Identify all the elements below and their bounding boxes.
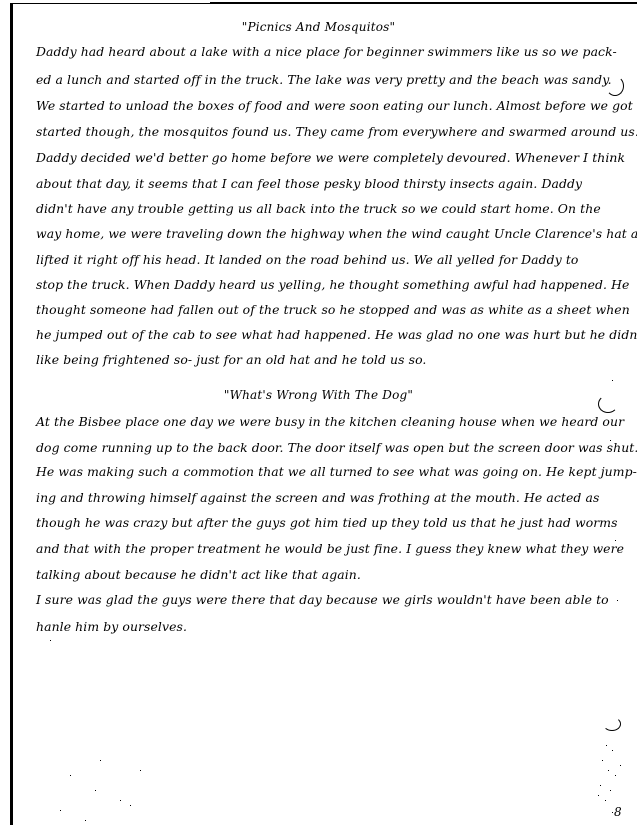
scan-speck bbox=[620, 765, 621, 766]
scan-mark bbox=[603, 717, 621, 731]
scan-speck bbox=[612, 812, 613, 813]
text-line: started though, the mosquitos found us. … bbox=[36, 124, 637, 139]
scan-speck bbox=[95, 790, 96, 791]
scan-speck bbox=[140, 770, 141, 771]
text-line: and that with the proper treatment he wo… bbox=[36, 541, 624, 556]
text-line: ed a lunch and started off in the truck.… bbox=[36, 72, 612, 87]
scan-speck bbox=[608, 770, 609, 771]
scan-speck bbox=[602, 760, 603, 761]
scan-speck bbox=[610, 440, 611, 441]
scan-left-border bbox=[10, 3, 13, 825]
scan-speck bbox=[606, 745, 607, 746]
text-line: didn't have any trouble getting us all b… bbox=[36, 201, 601, 216]
scan-speck bbox=[600, 785, 601, 786]
scan-speck bbox=[50, 640, 51, 641]
scan-speck bbox=[120, 800, 121, 801]
text-line: I sure was glad the guys were there that… bbox=[36, 592, 609, 607]
section-title-dog: "What's Wrong With The Dog" bbox=[0, 388, 637, 402]
scan-top-border bbox=[10, 3, 637, 4]
scan-speck bbox=[615, 775, 616, 776]
page-number: 8 bbox=[614, 805, 622, 819]
scan-speck bbox=[615, 540, 616, 541]
text-line: Daddy had heard about a lake with a nice… bbox=[36, 44, 617, 59]
text-line: We started to unload the boxes of food a… bbox=[36, 98, 633, 113]
scan-mark bbox=[598, 395, 618, 413]
text-line: hanle him by ourselves. bbox=[36, 619, 187, 634]
text-line: lifted it right off his head. It landed … bbox=[36, 252, 579, 267]
section-title-picnics: "Picnics And Mosquitos" bbox=[0, 20, 637, 34]
text-line: like being frightened so- just for an ol… bbox=[36, 352, 426, 367]
text-line: ing and throwing himself against the scr… bbox=[36, 490, 599, 505]
scan-speck bbox=[60, 810, 61, 811]
scan-speck bbox=[598, 795, 599, 796]
scan-speck bbox=[612, 380, 613, 381]
text-line: he jumped out of the cab to see what had… bbox=[36, 327, 637, 342]
scan-top-border-segment bbox=[210, 2, 637, 3]
scan-speck bbox=[130, 805, 131, 806]
scan-speck bbox=[605, 800, 606, 801]
text-line: Daddy decided we'd better go home before… bbox=[36, 150, 625, 165]
text-line: way home, we were traveling down the hig… bbox=[36, 226, 637, 241]
text-line: thought someone had fallen out of the tr… bbox=[36, 302, 630, 317]
text-line: talking about because he didn't act like… bbox=[36, 567, 361, 582]
scan-speck bbox=[612, 750, 613, 751]
scan-speck bbox=[85, 820, 86, 821]
text-line: about that day, it seems that I can feel… bbox=[36, 176, 582, 191]
text-line: At the Bisbee place one day we were busy… bbox=[36, 414, 624, 429]
document-page: "Picnics And Mosquitos" Daddy had heard … bbox=[0, 0, 637, 825]
text-line: though he was crazy but after the guys g… bbox=[36, 515, 618, 530]
scan-mark bbox=[606, 76, 624, 96]
scan-speck bbox=[70, 775, 71, 776]
scan-speck bbox=[617, 600, 618, 601]
scan-speck bbox=[610, 160, 611, 161]
text-line: He was making such a commotion that we a… bbox=[36, 464, 637, 479]
scan-speck bbox=[100, 760, 101, 761]
scan-speck bbox=[610, 790, 611, 791]
text-line: stop the truck. When Daddy heard us yell… bbox=[36, 277, 629, 292]
text-line: dog come running up to the back door. Th… bbox=[36, 440, 637, 455]
